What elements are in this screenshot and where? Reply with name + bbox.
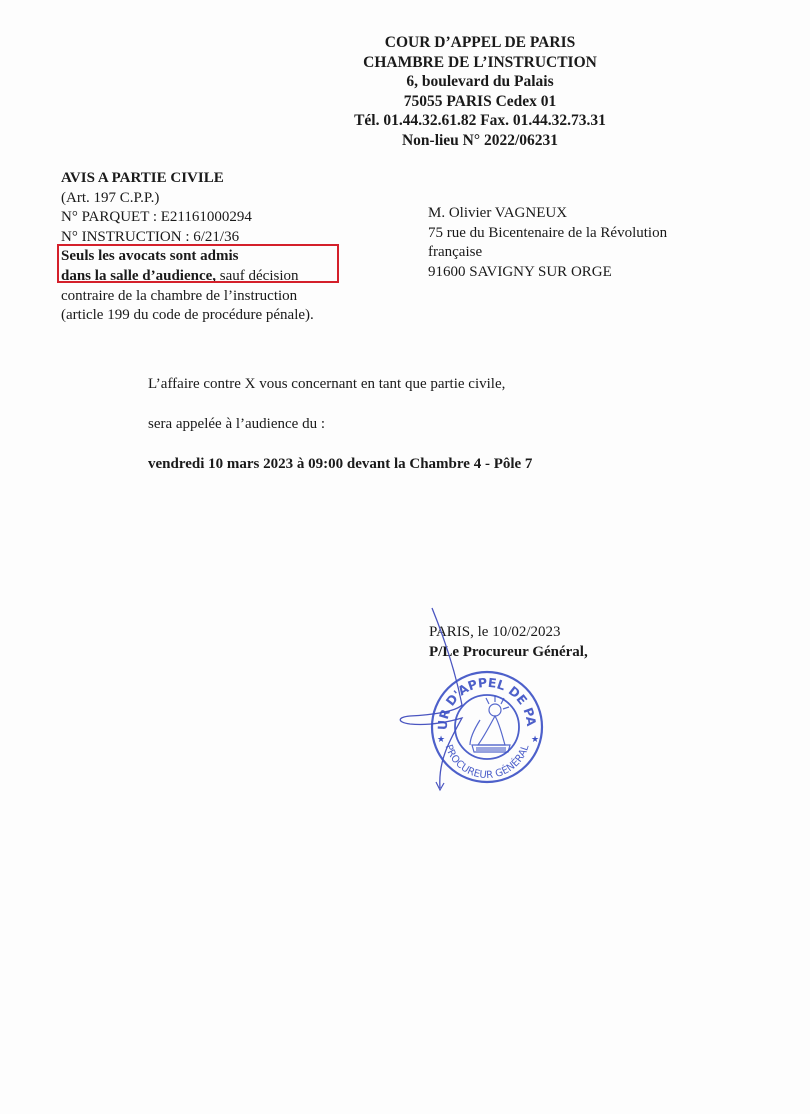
svg-text:★: ★ xyxy=(437,735,445,745)
recipient-name: M. Olivier VAGNEUX xyxy=(428,204,667,224)
header-case-number: Non-lieu N° 2022/06231 xyxy=(250,131,710,151)
court-header: COUR D’APPEL DE PARIS CHAMBRE DE L’INSTR… xyxy=(100,33,710,150)
document-page: COUR D’APPEL DE PARIS CHAMBRE DE L’INSTR… xyxy=(0,0,810,1114)
recipient-city: 91600 SAVIGNY SUR ORGE xyxy=(428,263,667,283)
svg-text:COUR D'APPEL DE PARIS: COUR D'APPEL DE PARIS xyxy=(395,600,539,730)
header-street: 6, boulevard du Palais xyxy=(250,72,710,92)
recipient-street: 75 rue du Bicentenaire de la Révolution xyxy=(428,224,667,244)
svg-text:★: ★ xyxy=(531,735,539,745)
official-seal-stamp-icon: COUR D'APPEL DE PARIS PROCUREUR GÉNÉRAL … xyxy=(395,600,565,800)
hearing-date: vendredi 10 mars 2023 à 09:00 devant la … xyxy=(148,456,532,473)
header-chamber: CHAMBRE DE L’INSTRUCTION xyxy=(250,53,710,73)
notice-line3: contraire de la chambre de l’instruction xyxy=(61,287,314,307)
header-court-name: COUR D’APPEL DE PARIS xyxy=(250,33,710,53)
header-phone-fax: Tél. 01.44.32.61.82 Fax. 01.44.32.73.31 xyxy=(250,111,710,131)
notice-parquet-number: N° PARQUET : E21161000294 xyxy=(61,208,314,228)
notice-line4: (article 199 du code de procédure pénale… xyxy=(61,306,314,326)
body-paragraph-1: L’affaire contre X vous concernant en ta… xyxy=(148,376,505,393)
recipient-street-cont: française xyxy=(428,243,667,263)
recipient-address: M. Olivier VAGNEUX 75 rue du Bicentenair… xyxy=(428,204,667,282)
body-paragraph-2: sera appelée à l’audience du : xyxy=(148,416,325,433)
red-highlight-box xyxy=(57,244,339,283)
notice-title: AVIS A PARTIE CIVILE xyxy=(61,169,314,189)
notice-article: (Art. 197 C.P.P.) xyxy=(61,189,314,209)
header-city: 75055 PARIS Cedex 01 xyxy=(250,92,710,112)
